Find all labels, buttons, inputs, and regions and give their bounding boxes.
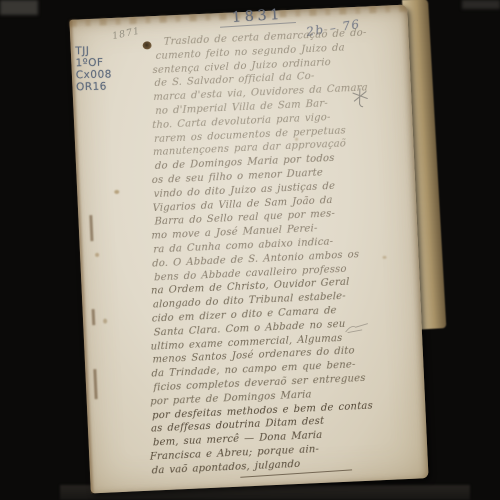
foxing-stain (95, 253, 99, 257)
archival-reference-line: 1ºOF (75, 57, 111, 70)
archival-reference-mark: TJJ 1ºOF Cx008 OR16 (75, 45, 112, 94)
pencil-year-note: 1871 (111, 26, 141, 42)
background-patch (462, 0, 500, 9)
manuscript-page: TJJ 1ºOF Cx008 OR16 1871 1831 2b – 76 (69, 5, 428, 494)
foxing-stain (103, 319, 107, 324)
edge-stain (92, 309, 96, 325)
archival-reference-line: OR16 (76, 81, 112, 94)
edge-stain (89, 215, 93, 241)
foxing-stain (114, 190, 119, 194)
archival-reference-line: TJJ (75, 45, 111, 58)
background-patch (0, 0, 38, 15)
handwritten-text: Traslado de certa demarcaçaõ de do-cumen… (151, 22, 458, 478)
archival-reference-line: Cx008 (76, 69, 112, 82)
ink-blot (142, 41, 151, 49)
edge-stain (93, 369, 97, 399)
year-heading: 1831 (219, 6, 296, 28)
photo-background: TJJ 1ºOF Cx008 OR16 1871 1831 2b – 76 (0, 0, 500, 500)
